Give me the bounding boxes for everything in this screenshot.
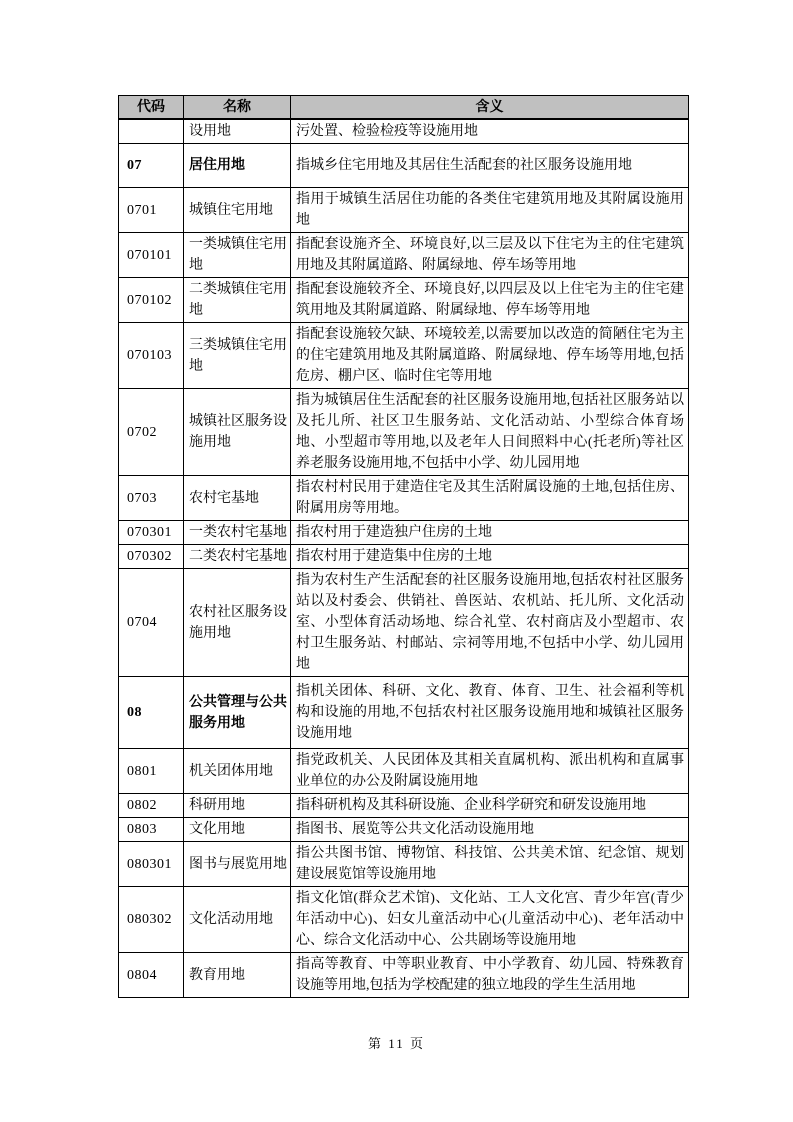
table-row: 0804 教育用地 指高等教育、中等职业教育、中小学教育、幼儿园、特殊教育设施等… (119, 953, 689, 998)
meaning-cell: 指农村用于建造集中住房的土地 (291, 545, 689, 569)
table-row: 0802 科研用地 指科研机构及其科研设施、企业科学研究和研发设施用地 (119, 794, 689, 818)
code-cell (119, 119, 184, 144)
table-row: 080301 图书与展览用地 指公共图书馆、博物馆、科技馆、公共美术馆、纪念馆、… (119, 842, 689, 887)
code-cell: 0703 (119, 476, 184, 521)
code-cell: 0802 (119, 794, 184, 818)
meaning-cell: 污处置、检验检疫等设施用地 (291, 119, 689, 144)
code-cell: 070301 (119, 521, 184, 545)
code-cell: 070103 (119, 323, 184, 389)
name-cell: 科研用地 (184, 794, 291, 818)
name-cell: 设用地 (184, 119, 291, 144)
code-cell: 080301 (119, 842, 184, 887)
meaning-cell: 指公共图书馆、博物馆、科技馆、公共美术馆、纪念馆、规划建设展览馆等设施用地 (291, 842, 689, 887)
header-name: 名称 (184, 96, 291, 120)
code-cell: 0704 (119, 569, 184, 677)
code-cell: 070102 (119, 278, 184, 323)
meaning-cell: 指农村村民用于建造住宅及其生活附属设施的土地,包括住房、附属用房等用地。 (291, 476, 689, 521)
name-cell: 一类城镇住宅用地 (184, 233, 291, 278)
table-row: 070301 一类农村宅基地 指农村用于建造独户住房的土地 (119, 521, 689, 545)
meaning-cell: 指高等教育、中等职业教育、中小学教育、幼儿园、特殊教育设施等用地,包括为学校配建… (291, 953, 689, 998)
name-cell: 二类城镇住宅用地 (184, 278, 291, 323)
meaning-cell: 指农村用于建造独户住房的土地 (291, 521, 689, 545)
header-code: 代码 (119, 96, 184, 120)
page-number: 第 11 页 (0, 1033, 793, 1052)
meaning-cell: 指机关团体、科研、文化、教育、体育、卫生、社会福利等机构和设施的用地,不包括农村… (291, 677, 689, 749)
table-row: 0803 文化用地 指图书、展览等公共文化活动设施用地 (119, 818, 689, 842)
code-cell: 070302 (119, 545, 184, 569)
name-cell: 农村宅基地 (184, 476, 291, 521)
meaning-cell: 指配套设施齐全、环境良好,以三层及以下住宅为主的住宅建筑用地及其附属道路、附属绿… (291, 233, 689, 278)
table-row: 070102 二类城镇住宅用地 指配套设施较齐全、环境良好,以四层及以上住宅为主… (119, 278, 689, 323)
meaning-cell: 指用于城镇生活居住功能的各类住宅建筑用地及其附属设施用地 (291, 188, 689, 233)
name-cell: 城镇社区服务设施用地 (184, 389, 291, 476)
meaning-cell: 指为农村生产生活配套的社区服务设施用地,包括农村社区服务站以及村委会、供销社、兽… (291, 569, 689, 677)
meaning-cell: 指科研机构及其科研设施、企业科学研究和研发设施用地 (291, 794, 689, 818)
name-cell: 三类城镇住宅用地 (184, 323, 291, 389)
code-cell: 08 (119, 677, 184, 749)
table-row: 0704 农村社区服务设施用地 指为农村生产生活配套的社区服务设施用地,包括农村… (119, 569, 689, 677)
header-row: 代码 名称 含义 (119, 96, 689, 120)
name-cell: 二类农村宅基地 (184, 545, 291, 569)
name-cell: 城镇住宅用地 (184, 188, 291, 233)
code-cell: 07 (119, 144, 184, 188)
table-row: 0703 农村宅基地 指农村村民用于建造住宅及其生活附属设施的土地,包括住房、附… (119, 476, 689, 521)
meaning-cell: 指图书、展览等公共文化活动设施用地 (291, 818, 689, 842)
meaning-cell: 指为城镇居住生活配套的社区服务设施用地,包括社区服务站以及托儿所、社区卫生服务站… (291, 389, 689, 476)
table-row: 080302 文化活动用地 指文化馆(群众艺术馆)、文化站、工人文化宫、青少年宫… (119, 887, 689, 953)
table-row: 070103 三类城镇住宅用地 指配套设施较欠缺、环境较差,以需要加以改造的简陋… (119, 323, 689, 389)
name-cell: 机关团体用地 (184, 749, 291, 794)
code-cell: 0701 (119, 188, 184, 233)
meaning-cell: 指城乡住宅用地及其居住生活配套的社区服务设施用地 (291, 144, 689, 188)
code-cell: 0804 (119, 953, 184, 998)
name-cell: 教育用地 (184, 953, 291, 998)
name-cell: 一类农村宅基地 (184, 521, 291, 545)
header-meaning: 含义 (291, 96, 689, 120)
table-row: 07 居住用地 指城乡住宅用地及其居住生活配套的社区服务设施用地 (119, 144, 689, 188)
code-cell: 0801 (119, 749, 184, 794)
data-table: 代码 名称 含义 设用地 污处置、检验检疫等设施用地 07 居住用地 指城乡住宅… (118, 95, 689, 998)
code-cell: 070101 (119, 233, 184, 278)
table-row: 0801 机关团体用地 指党政机关、人民团体及其相关直属机构、派出机构和直属事业… (119, 749, 689, 794)
table-row: 0701 城镇住宅用地 指用于城镇生活居住功能的各类住宅建筑用地及其附属设施用地 (119, 188, 689, 233)
table-row: 070101 一类城镇住宅用地 指配套设施齐全、环境良好,以三层及以下住宅为主的… (119, 233, 689, 278)
meaning-cell: 指文化馆(群众艺术馆)、文化站、工人文化宫、青少年宫(青少年活动中心)、妇女儿童… (291, 887, 689, 953)
code-cell: 080302 (119, 887, 184, 953)
name-cell: 图书与展览用地 (184, 842, 291, 887)
table-row: 08 公共管理与公共服务用地 指机关团体、科研、文化、教育、体育、卫生、社会福利… (119, 677, 689, 749)
name-cell: 文化活动用地 (184, 887, 291, 953)
table-row: 0702 城镇社区服务设施用地 指为城镇居住生活配套的社区服务设施用地,包括社区… (119, 389, 689, 476)
meaning-cell: 指党政机关、人民团体及其相关直属机构、派出机构和直属事业单位的办公及附属设施用地 (291, 749, 689, 794)
name-cell: 居住用地 (184, 144, 291, 188)
document-page: 代码 名称 含义 设用地 污处置、检验检疫等设施用地 07 居住用地 指城乡住宅… (0, 0, 793, 1122)
code-cell: 0803 (119, 818, 184, 842)
table-row: 设用地 污处置、检验检疫等设施用地 (119, 119, 689, 144)
land-use-classification-table: 代码 名称 含义 设用地 污处置、检验检疫等设施用地 07 居住用地 指城乡住宅… (118, 95, 688, 998)
table-body: 设用地 污处置、检验检疫等设施用地 07 居住用地 指城乡住宅用地及其居住生活配… (119, 119, 689, 998)
meaning-cell: 指配套设施较欠缺、环境较差,以需要加以改造的简陋住宅为主的住宅建筑用地及其附属道… (291, 323, 689, 389)
code-cell: 0702 (119, 389, 184, 476)
meaning-cell: 指配套设施较齐全、环境良好,以四层及以上住宅为主的住宅建筑用地及其附属道路、附属… (291, 278, 689, 323)
table-row: 070302 二类农村宅基地 指农村用于建造集中住房的土地 (119, 545, 689, 569)
table-header: 代码 名称 含义 (119, 96, 689, 120)
name-cell: 农村社区服务设施用地 (184, 569, 291, 677)
name-cell: 文化用地 (184, 818, 291, 842)
name-cell: 公共管理与公共服务用地 (184, 677, 291, 749)
